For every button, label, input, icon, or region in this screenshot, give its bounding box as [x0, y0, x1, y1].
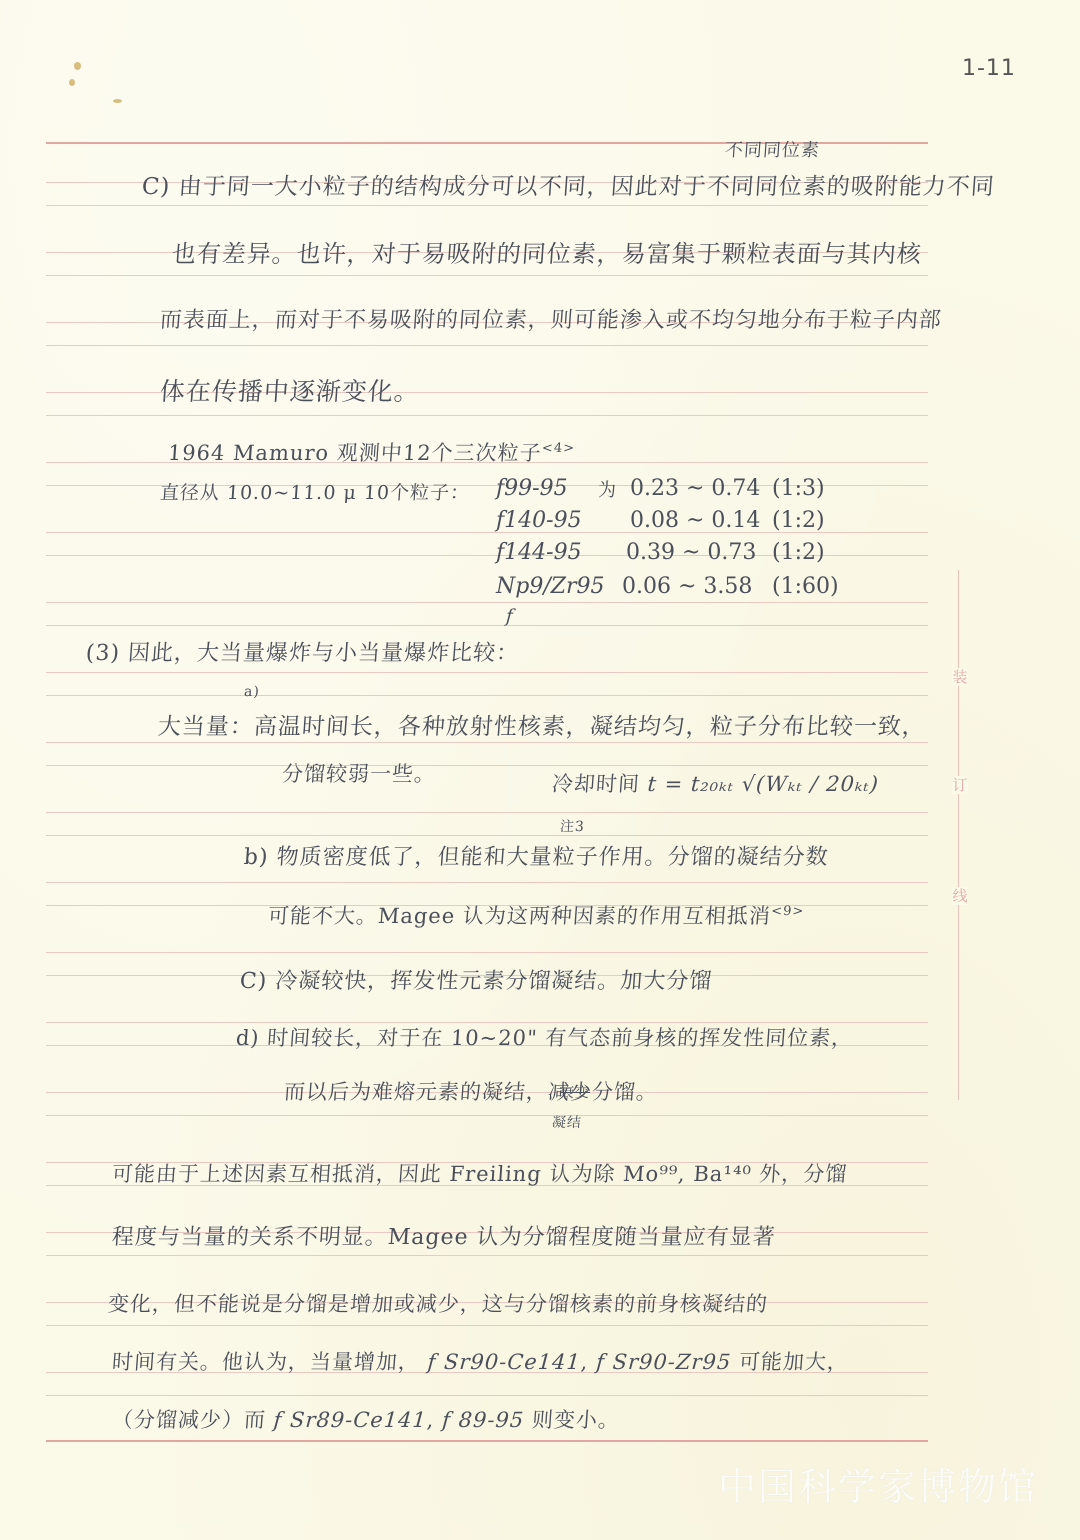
binding-mark: 线 [952, 887, 968, 905]
binding-margin-line [958, 570, 959, 1100]
ratio-spread: (1:2) [772, 508, 825, 533]
ruled-line [46, 882, 928, 883]
item-d-line-1: d) 时间较长，对于在 10~20" 有气态前身核的挥发性同位素， [235, 1022, 854, 1052]
closing-line-2: 程度与当量的关系不明显。Magee 认为分馏程度随当量应有显著 [111, 1220, 777, 1251]
cooling-time-formula: 冷却时间 t = t₂₀ₖₜ √(Wₖₜ / 20ₖₜ) [551, 768, 880, 798]
item-b-line-2-text: 可能不大。Magee 认为这两种因素的作用互相抵消 [267, 904, 772, 928]
ruled-line [46, 1115, 928, 1116]
item-b-line-1: b) 物质密度低了，但能和大量粒子作用。分馏的凝结分数 [243, 840, 830, 871]
ruled-line [46, 695, 928, 696]
ruled-line [46, 742, 928, 743]
ratio-label: f Sr90-Zr95 [595, 1350, 732, 1374]
reference-mark: <9> [771, 904, 805, 919]
ruled-line [46, 812, 928, 813]
ratio-spread: (1:2) [772, 540, 825, 565]
manuscript-page: 1-11 装 订 线 不同同位素 C) 由于同一大小粒子的结构成分可以不同，因此… [0, 0, 1080, 1540]
closing-line-4-end: 可能加大， [738, 1350, 850, 1374]
ratio-label: f Sr90-Ce141 [427, 1350, 582, 1374]
ruled-line [46, 625, 928, 626]
ruled-line [46, 1440, 928, 1442]
formula-text: t = t₂₀ₖₜ √(Wₖₜ / 20ₖₜ) [647, 772, 880, 796]
closing-line-1: 可能由于上述因素互相抵消，因此 Freiling 认为除 Mo⁹⁹, Ba¹⁴⁰… [111, 1158, 849, 1188]
item-d-line-2-text: 而以后为难熔元素的凝结，减少分馏。 [283, 1080, 659, 1104]
stain-mark [69, 79, 75, 86]
ruled-line [46, 835, 928, 836]
ruled-line [46, 952, 928, 953]
ruled-line [46, 275, 928, 276]
ratio-prefix: 为 [598, 476, 616, 502]
ratio-label: Np9/Zr95 [496, 574, 605, 599]
data-heading-text: 1964 Mamuro 观测中12个三次粒子 [167, 441, 542, 465]
insertion-note: 注3 [559, 816, 585, 836]
ratio-label: f Sr89-Ce141 [273, 1408, 428, 1432]
museum-watermark: 中国科学家博物馆 [718, 1456, 1038, 1511]
ruled-line [46, 602, 928, 603]
ruled-line [46, 765, 928, 766]
binding-mark: 装 [952, 668, 968, 686]
ruled-line [46, 415, 928, 416]
ruled-line [46, 1255, 928, 1256]
ratio-label: f144-95 [496, 540, 582, 565]
section-3-heading: (3) 因此，大当量爆炸与小当量爆炸比较： [85, 636, 520, 667]
ratio-range: 0.06 ~ 3.58 [622, 574, 752, 599]
ratio-range: 0.23 ~ 0.74 [630, 476, 760, 501]
closing-line-3: 变化，但不能说是分馏是增加或减少，这与分馏核素的前身核凝结的 [107, 1288, 769, 1318]
paragraph-c-line-3: 而表面上，而对于不易吸附的同位素，则可能渗入或不均匀地分布于粒子内部 [159, 303, 943, 334]
item-a-label: a) [243, 684, 260, 700]
stain-mark [74, 62, 81, 70]
stain-mark [113, 99, 122, 103]
closing-line-4-text: 时间有关。他认为，当量增加， [111, 1350, 421, 1374]
ratio-spread: (1:3) [772, 476, 825, 501]
item-a-line-2: 分馏较弱一些。 [281, 758, 437, 788]
data-intro: 直径从 10.0~11.0 μ 10个粒子： [159, 478, 471, 505]
reference-mark: <4> [541, 441, 575, 456]
ruled-line [46, 1395, 928, 1396]
ruled-line [46, 672, 928, 673]
data-heading: 1964 Mamuro 观测中12个三次粒子<4> [167, 437, 576, 467]
insertion-note: 凝结 [551, 1112, 582, 1132]
closing-line-5: （分馏减少）而 f Sr89-Ce141, f 89-95 则变小。 [111, 1404, 621, 1434]
item-c-line: C) 冷凝较快，挥发性元素分馏凝结。加大分馏 [239, 964, 714, 995]
ratio-range: 0.08 ~ 0.14 [630, 508, 760, 533]
insertion-note: 不同同位素 [724, 136, 821, 162]
item-b-line-2: 可能不大。Magee 认为这两种因素的作用互相抵消<9> [267, 900, 805, 930]
closing-line-5-text: （分馏减少）而 [111, 1408, 267, 1432]
ruled-line [46, 205, 928, 206]
struck-word: 衰变 [559, 1082, 590, 1102]
paragraph-c-line-2: 也有差异。也许，对于易吸附的同位素，易富集于颗粒表面与其内核 [171, 234, 923, 269]
ruled-line [46, 345, 928, 346]
ratio-spread: (1:60) [772, 574, 839, 599]
ratio-label: f 89-95 [441, 1408, 525, 1432]
paragraph-c-line-4: 体在传播中逐渐变化。 [159, 372, 422, 408]
ruled-line [46, 1325, 928, 1326]
binding-mark: 订 [952, 776, 968, 794]
item-a-line-1: 大当量：高温时间长，各种放射性核素，凝结均匀，粒子分布比较一致， [157, 708, 927, 741]
closing-line-4: 时间有关。他认为，当量增加， f Sr90-Ce141, f Sr90-Zr95… [111, 1346, 850, 1376]
ratio-label: f140-95 [496, 508, 582, 533]
ratio-range: 0.39 ~ 0.73 [626, 540, 756, 565]
page-number: 1-11 [962, 56, 1016, 81]
item-d-line-2: 而以后为难熔元素的凝结，减少分馏。 [283, 1076, 659, 1106]
formula-lead: 冷却时间 [551, 772, 641, 796]
ratio-label: f99-95 [496, 476, 568, 501]
footnote-f: f [505, 606, 514, 627]
closing-line-5-end: 则变小。 [531, 1408, 621, 1432]
paragraph-c-line-1: C) 由于同一大小粒子的结构成分可以不同，因此对于不同同位素的吸附能力不同 [141, 168, 996, 201]
